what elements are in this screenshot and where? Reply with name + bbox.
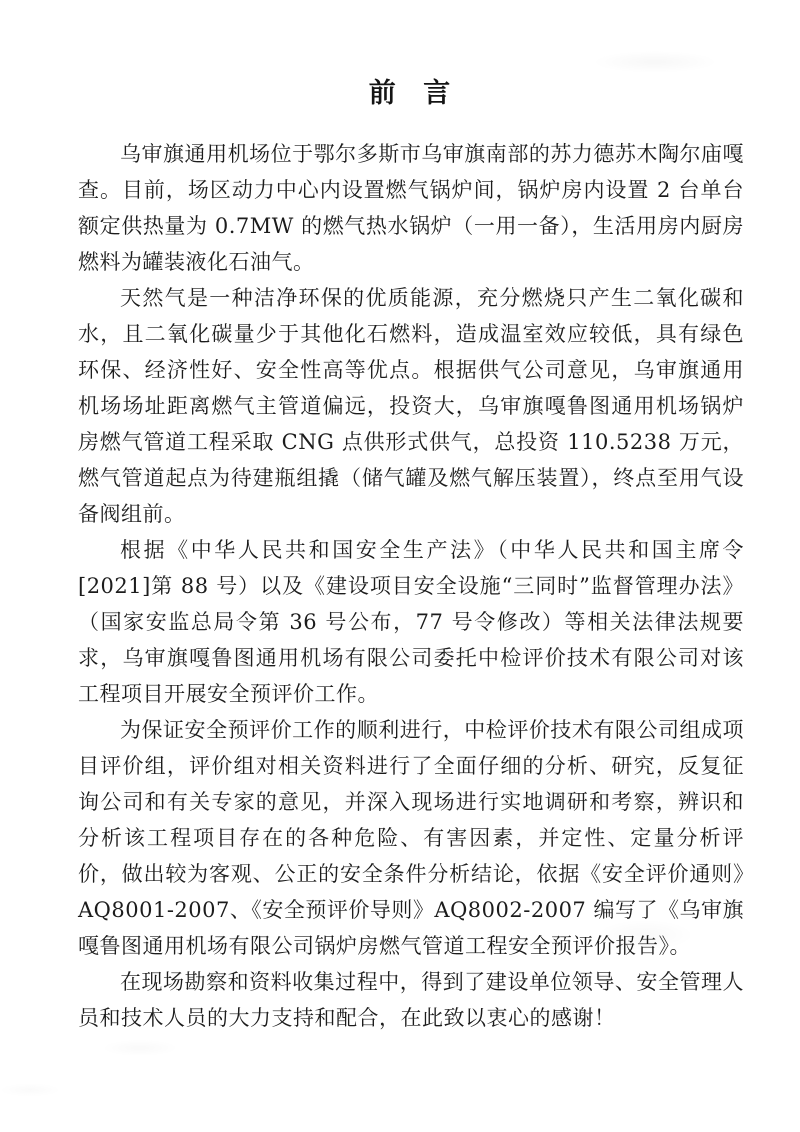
paragraph-legal-basis: 根据《中华人民共和国安全生产法》（中华人民共和国主席令[2021]第 88 号）… bbox=[78, 532, 744, 712]
paragraph-airport-overview: 乌审旗通用机场位于鄂尔多斯市乌审旗南部的苏力德苏木陶尔庙嘎查。目前，场区动力中心… bbox=[78, 136, 744, 280]
paragraph-acknowledgement: 在现场勘察和资料收集过程中，得到了建设单位领导、安全管理人员和技术人员的大力支持… bbox=[78, 964, 744, 1036]
page-title: 前 言 bbox=[78, 76, 744, 112]
paragraph-evaluation-process: 为保证安全预评价工作的顺利进行，中检评价技术有限公司组成项目评价组，评价组对相关… bbox=[78, 712, 744, 964]
paragraph-natural-gas-project: 天然气是一种洁净环保的优质能源，充分燃烧只产生二氧化碳和水，且二氧化碳量少于其他… bbox=[78, 280, 744, 532]
document-body: 乌审旗通用机场位于鄂尔多斯市乌审旗南部的苏力德苏木陶尔庙嘎查。目前，场区动力中心… bbox=[78, 136, 744, 1036]
document-page: 前 言 乌审旗通用机场位于鄂尔多斯市乌审旗南部的苏力德苏木陶尔庙嘎查。目前，场区… bbox=[0, 0, 800, 1132]
